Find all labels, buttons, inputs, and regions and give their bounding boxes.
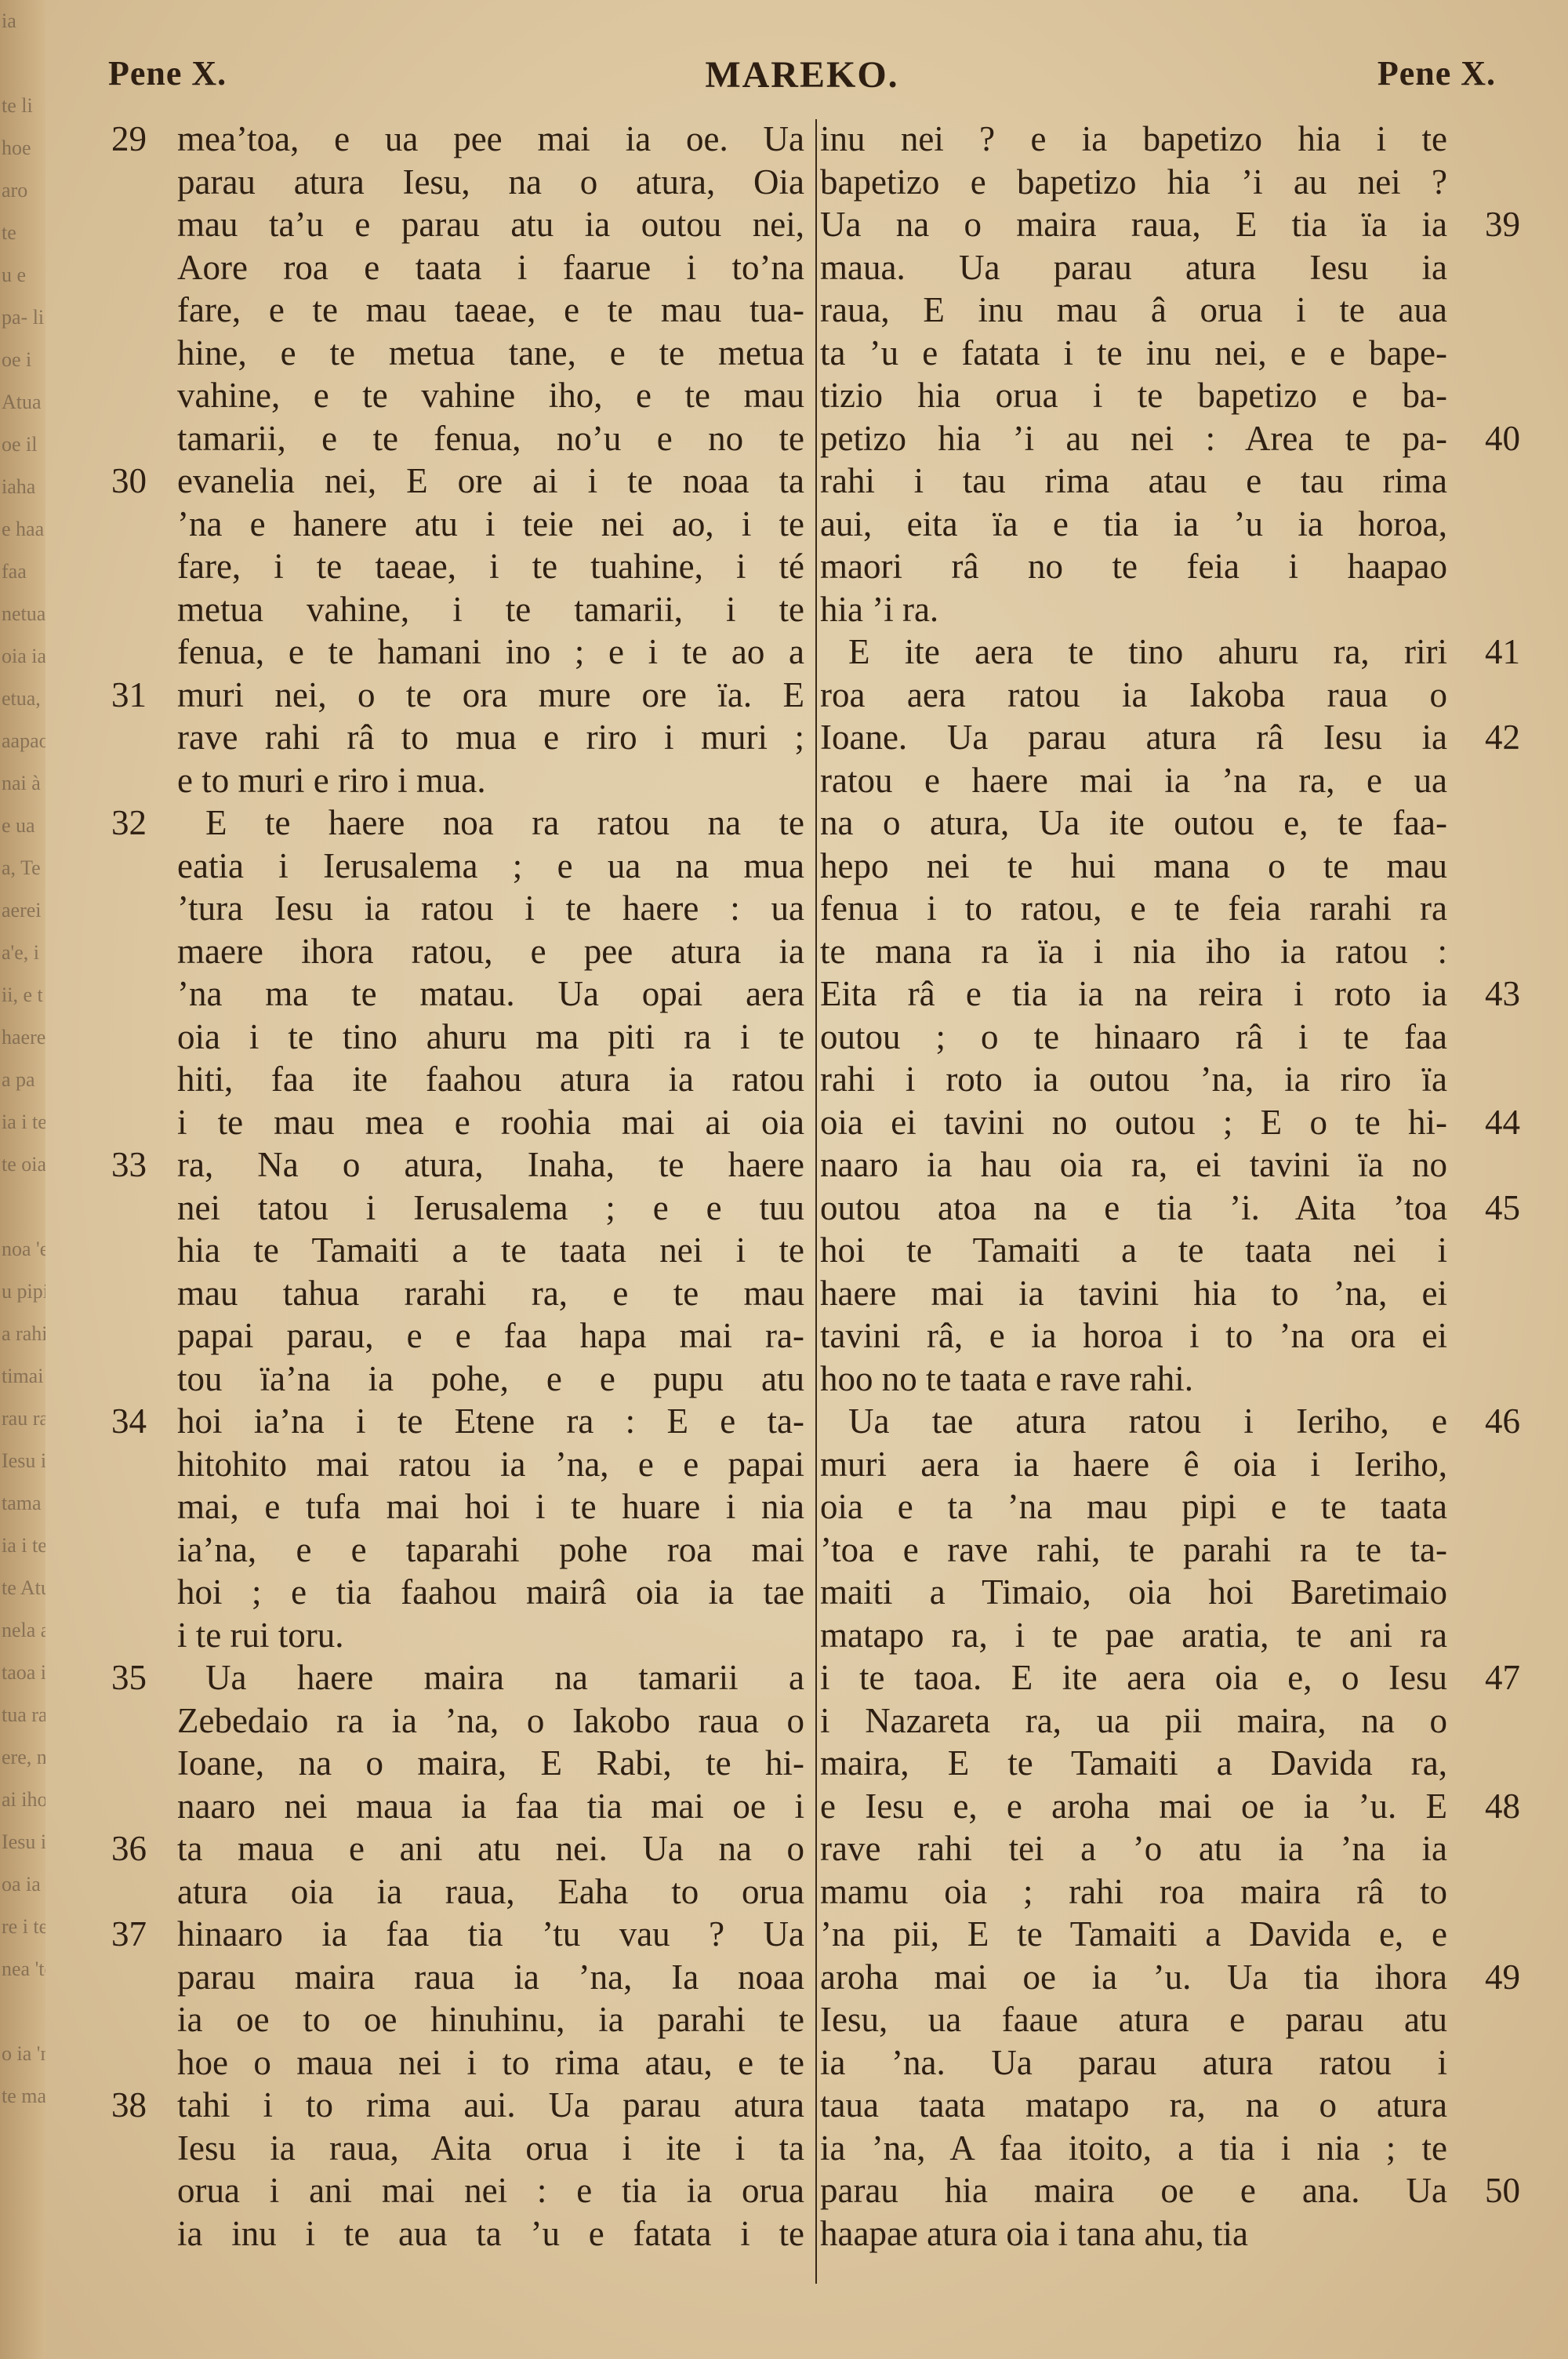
line-text: mau tahua rarahi ra, e te mau <box>177 1274 804 1313</box>
verse-number: 35 <box>111 1656 166 1699</box>
text-line: maiti a Timaio, oia hoi Baretimaio <box>820 1571 1447 1614</box>
line-text: oia ei tavini no outou ; E o te hi- <box>820 1103 1447 1142</box>
gutter-fragment: timai <box>0 1355 45 1398</box>
line-text: ra, Na o atura, Inaha, te haere <box>177 1145 804 1184</box>
text-line: hine, e te metua tane, e te metua <box>177 332 804 375</box>
line-text: ’toa e rave rahi, te parahi ra te ta- <box>820 1530 1447 1569</box>
gutter-fragment: u pipi <box>0 1270 45 1313</box>
line-text: naaro ia hau oia ra, ei tavini ïa no <box>820 1145 1447 1184</box>
verse-number: 33 <box>111 1143 166 1187</box>
text-line: rahi i tau rima atau e tau rima <box>820 460 1447 503</box>
line-text: haapae atura oia i tana ahu, tia <box>820 2214 1248 2253</box>
text-line: maori râ no te feia i haapao <box>820 545 1447 588</box>
line-text: ’na e hanere atu i teie nei ao, i te <box>177 504 804 543</box>
line-text: parau hia maira oe e ana. Ua <box>820 2171 1447 2210</box>
text-line: Iesu ia raua, Aita orua i ite i ta <box>177 2127 804 2170</box>
gutter-fragment: te Atu <box>0 1567 45 1609</box>
text-line: aui, eita ïa e tia ia ’u ia horoa, <box>820 503 1447 546</box>
line-text: atura oia ia raua, Eaha to orua <box>177 1872 804 1911</box>
text-line: te mana ra ïa i nia iho ia ratou : <box>820 930 1447 973</box>
book-title: MAREKO. <box>108 53 1496 96</box>
text-line: hitohito mai ratou ia ’na, e e papai <box>177 1443 804 1486</box>
gutter-fragment: te ma <box>0 2075 45 2117</box>
text-line: orua i ani mai nei : e tia ia orua <box>177 2169 804 2212</box>
line-text: ia inu i te aua ta ’u e fatata i te <box>177 2214 804 2253</box>
gutter-fragment: re i te <box>0 1906 45 1948</box>
gutter-fragment: rau ra <box>0 1398 45 1440</box>
text-line: parau hia maira oe e ana. Ua50 <box>820 2169 1447 2212</box>
line-text: hoe o maua nei i to rima atau, e te <box>177 2043 804 2082</box>
line-text: fenua i to ratou, e te feia rarahi ra <box>820 889 1447 928</box>
text-line: outou ; o te hinaaro râ i te faa <box>820 1016 1447 1059</box>
text-line: i te mau mea e roohia mai ai oia <box>177 1101 804 1144</box>
line-text: ia ’na, A faa itoito, a tia i nia ; te <box>820 2128 1447 2168</box>
gutter-fragment: ia <box>0 0 45 42</box>
text-line: fare, e te mau taeae, e te mau tua- <box>177 289 804 332</box>
line-text: e to muri e riro i mua. <box>177 761 486 800</box>
book-page: ia te lihoearoteu epa- lioe iAtuaoe ilia… <box>0 0 1568 2359</box>
text-line: hia te Tamaiti a te taata nei i te <box>177 1229 804 1272</box>
line-text: rave rahi râ to mua e riro i muri ; <box>177 718 804 757</box>
text-line: oia ei tavini no outou ; E o te hi-44 <box>820 1101 1447 1144</box>
line-text: i te rui toru. <box>177 1616 343 1655</box>
verse-number: 31 <box>111 674 166 717</box>
text-line: hia ’i ra. <box>820 588 1447 631</box>
line-text: maua. Ua parau atura Iesu ia <box>820 248 1447 287</box>
text-line: hoi ia’na i te Etene ra : E e ta-34 <box>177 1400 804 1443</box>
line-text: ia ’na. Ua parau atura ratou i <box>820 2043 1447 2082</box>
text-line: Ua haere maira na tamarii a35 <box>177 1656 804 1699</box>
text-line: roa aera ratou ia Iakoba raua o <box>820 674 1447 717</box>
verse-number: 37 <box>111 1913 166 1956</box>
gutter-fragment: tua ra <box>0 1694 45 1736</box>
right-column: inu nei ? e ia bapetizo hia i tebapetizo… <box>820 118 1447 2255</box>
line-text: ’tura Iesu ia ratou i te haere : ua <box>177 889 804 928</box>
line-text: naaro nei maua ia faa tia mai oe i <box>177 1787 804 1826</box>
gutter-fragment: oia ia <box>0 635 45 678</box>
gutter-fragment <box>0 42 45 85</box>
gutter-fragment: aapao <box>0 720 45 762</box>
line-text: hia te Tamaiti a te taata nei i te <box>177 1230 804 1270</box>
text-line: hoi ; e tia faahou mairâ oia ia tae <box>177 1571 804 1614</box>
line-text: orua i ani mai nei : e tia ia orua <box>177 2171 804 2210</box>
line-text: oia i te tino ahuru ma piti ra i te <box>177 1017 804 1056</box>
gutter-fragment: a'e, i <box>0 932 45 974</box>
text-line: ta maua e ani atu nei. Ua na o36 <box>177 1827 804 1870</box>
text-line: tavini râ, e ia horoa i to ’na ora ei <box>820 1314 1447 1358</box>
line-text: e Iesu e, e aroha mai oe ia ’u. E <box>820 1787 1447 1826</box>
text-line: tamarii, e te fenua, no’u e no te <box>177 417 804 460</box>
text-line: na o atura, Ua ite outou e, te faa- <box>820 801 1447 845</box>
line-text: hoi te Tamaiti a te taata nei i <box>820 1230 1447 1270</box>
text-line: Aore roa e taata i faarue i to’na <box>177 246 804 289</box>
gutter-fragment: faa <box>0 551 45 593</box>
verse-number: 32 <box>111 801 166 845</box>
gutter-fragment: ia i te <box>0 1525 45 1567</box>
text-line: oia e ta ’na mau pipi e te taata <box>820 1485 1447 1528</box>
line-text: E ite aera te tino ahuru ra, riri <box>848 632 1447 671</box>
verse-number: 45 <box>1485 1187 1540 1230</box>
chapter-label-right: Pene X. <box>1377 53 1496 93</box>
gutter-fragment: a rahi <box>0 1313 45 1355</box>
gutter-fragment: haere <box>0 1016 45 1059</box>
text-line: tahi i to rima aui. Ua parau atura38 <box>177 2084 804 2127</box>
verse-number: 43 <box>1485 972 1540 1016</box>
text-line: ia ’na, A faa itoito, a tia i nia ; te <box>820 2127 1447 2170</box>
text-line: ia ’na. Ua parau atura ratou i <box>820 2041 1447 2085</box>
verse-number: 36 <box>111 1827 166 1870</box>
text-line: vahine, e te vahine iho, e te mau <box>177 374 804 417</box>
text-line: maere ihora ratou, e pee atura ia <box>177 930 804 973</box>
left-column: mea’toa, e ua pee mai ia oe. Ua29parau a… <box>177 118 804 2255</box>
gutter-fragment: oe i <box>0 339 45 381</box>
text-line: papai parau, e e faa hapa mai ra- <box>177 1314 804 1358</box>
text-line: naaro nei maua ia faa tia mai oe i <box>177 1785 804 1828</box>
running-head: Pene X. MAREKO. Pene X. <box>108 53 1496 100</box>
line-text: hoi ; e tia faahou mairâ oia ia tae <box>177 1572 804 1612</box>
line-text: matapo ra, i te pae aratia, te ani ra <box>820 1616 1447 1655</box>
verse-number: 34 <box>111 1400 166 1443</box>
text-line: E ite aera te tino ahuru ra, riri41 <box>820 631 1447 674</box>
gutter-fragment: u e <box>0 254 45 296</box>
text-line: rave rahi tei a ’o atu ia ’na ia <box>820 1827 1447 1870</box>
line-text: ratou e haere mai ia ’na ra, e ua <box>820 761 1447 800</box>
line-text: taua taata matapo ra, na o atura <box>820 2085 1447 2125</box>
text-line: mamu oia ; rahi roa maira râ to <box>820 1870 1447 1914</box>
text-line: hepo nei te hui mana o te mau <box>820 845 1447 888</box>
text-line: ta ’u e fatata i te inu nei, e e bape- <box>820 332 1447 375</box>
verse-number: 50 <box>1485 2169 1540 2212</box>
line-text: oia e ta ’na mau pipi e te taata <box>820 1487 1447 1526</box>
line-text: na o atura, Ua ite outou e, te faa- <box>820 803 1447 842</box>
text-line: mau ta’u e parau atu ia outou nei, <box>177 203 804 246</box>
text-line: Ioane. Ua parau atura râ Iesu ia42 <box>820 716 1447 759</box>
text-line: ra, Na o atura, Inaha, te haere33 <box>177 1143 804 1187</box>
verse-number: 47 <box>1485 1656 1540 1699</box>
line-text: muri nei, o te ora mure ore ïa. E <box>177 675 804 714</box>
verse-number: 42 <box>1485 716 1540 759</box>
gutter-fragment: te li <box>0 85 45 127</box>
text-line: Eita râ e tia ia na reira i roto ia43 <box>820 972 1447 1016</box>
text-line: Ua na o maira raua, E tia ïa ia39 <box>820 203 1447 246</box>
gutter-fragment: netua <box>0 593 45 635</box>
line-text: rahi i tau rima atau e tau rima <box>820 461 1447 500</box>
text-line: evanelia nei, E ore ai i te noaa ta30 <box>177 460 804 503</box>
line-text: Iesu ia raua, Aita orua i ite i ta <box>177 2128 804 2168</box>
line-text: roa aera ratou ia Iakoba raua o <box>820 675 1447 714</box>
line-text: vahine, e te vahine iho, e te mau <box>177 376 804 415</box>
text-line: atura oia ia raua, Eaha to orua <box>177 1870 804 1914</box>
line-text: papai parau, e e faa hapa mai ra- <box>177 1316 804 1355</box>
gutter-fragment: nea 'to <box>0 1948 45 1990</box>
line-text: Ua na o maira raua, E tia ïa ia <box>820 205 1447 244</box>
line-text: inu nei ? e ia bapetizo hia i te <box>820 119 1447 158</box>
line-text: hia ’i ra. <box>820 590 938 629</box>
verse-number: 49 <box>1485 1956 1540 1999</box>
gutter-fragment: etua, <box>0 678 45 720</box>
text-line: eatia i Ierusalema ; e ua na mua <box>177 845 804 888</box>
line-text: outou atoa na e tia ’i. Aita ’toa <box>820 1188 1447 1227</box>
text-line: hinaaro ia faa tia ’tu vau ? Ua37 <box>177 1913 804 1956</box>
line-text: petizo hia ’i au nei : Area te pa- <box>820 419 1447 458</box>
text-line: naaro ia hau oia ra, ei tavini ïa no <box>820 1143 1447 1187</box>
line-text: Ioane. Ua parau atura râ Iesu ia <box>820 718 1447 757</box>
line-text: hitohito mai ratou ia ’na, e e papai <box>177 1445 804 1484</box>
gutter-fragment: taoa i <box>0 1652 45 1694</box>
gutter-fragment: ere, na <box>0 1736 45 1779</box>
gutter-fragment: ia i te <box>0 1101 45 1143</box>
previous-page-gutter: ia te lihoearoteu epa- lioe iAtuaoe ilia… <box>0 0 45 2359</box>
gutter-fragment: e ua <box>0 805 45 847</box>
line-text: haere mai ia tavini hia to ’na, ei <box>820 1274 1447 1313</box>
text-line: nei tatou i Ierusalema ; e e tuu <box>177 1187 804 1230</box>
line-text: maiti a Timaio, oia hoi Baretimaio <box>820 1572 1447 1612</box>
text-line: Ioane, na o maira, E Rabi, te hi- <box>177 1742 804 1785</box>
line-text: maira, E te Tamaiti a Davida ra, <box>820 1743 1447 1783</box>
gutter-fragment: a, Te <box>0 847 45 889</box>
line-text: aroha mai oe ia ’u. Ua tia ihora <box>820 1957 1447 1997</box>
line-text: fare, i te taeae, i te tuahine, i té <box>177 547 804 586</box>
verse-number: 46 <box>1485 1400 1540 1443</box>
line-text: i te taoa. E ite aera oia e, o Iesu <box>820 1658 1447 1697</box>
verse-number: 44 <box>1485 1101 1540 1144</box>
line-text: mamu oia ; rahi roa maira râ to <box>820 1872 1447 1911</box>
gutter-fragment: noa 'e <box>0 1228 45 1270</box>
line-text: outou ; o te hinaaro râ i te faa <box>820 1017 1447 1056</box>
gutter-fragment: pa- li <box>0 296 45 339</box>
text-line: fare, i te taeae, i te tuahine, i té <box>177 545 804 588</box>
verse-number: 48 <box>1485 1785 1540 1828</box>
verse-number: 40 <box>1485 417 1540 460</box>
column-divider <box>815 119 817 2284</box>
gutter-fragment: nai à <box>0 762 45 805</box>
line-text: tavini râ, e ia horoa i to ’na ora ei <box>820 1316 1447 1355</box>
line-text: metua vahine, i te tamarii, i te <box>177 590 804 629</box>
text-line: inu nei ? e ia bapetizo hia i te <box>820 118 1447 161</box>
line-text: nei tatou i Ierusalema ; e e tuu <box>177 1188 804 1227</box>
line-text: parau atura Iesu, na o atura, Oia <box>177 162 804 202</box>
line-text: evanelia nei, E ore ai i te noaa ta <box>177 461 804 500</box>
line-text: ’na ma te matau. Ua opai aera <box>177 974 804 1013</box>
verse-number: 38 <box>111 2084 166 2127</box>
line-text: Aore roa e taata i faarue i to’na <box>177 248 804 287</box>
text-line: mau tahua rarahi ra, e te mau <box>177 1272 804 1315</box>
text-line: ia oe to oe hinuhinu, ia parahi te <box>177 1998 804 2041</box>
line-text: mea’toa, e ua pee mai ia oe. Ua <box>177 119 804 158</box>
gutter-fragment: e haa <box>0 508 45 551</box>
text-line: metua vahine, i te tamarii, i te <box>177 588 804 631</box>
gutter-fragment: aro <box>0 169 45 212</box>
line-text: i te mau mea e roohia mai ai oia <box>177 1103 804 1142</box>
gutter-fragment: Iesu i <box>0 1440 45 1482</box>
gutter-fragment: oa ia e <box>0 1863 45 1906</box>
text-line: mai, e tufa mai hoi i te huare i nia <box>177 1485 804 1528</box>
line-text: eatia i Ierusalema ; e ua na mua <box>177 846 804 885</box>
text-line: i te rui toru. <box>177 1614 804 1657</box>
line-text: aui, eita ïa e tia ia ’u ia horoa, <box>820 504 1447 543</box>
line-text: Zebedaio ra ia ’na, o Iakobo raua o <box>177 1701 804 1740</box>
gutter-fragment: ii, e t <box>0 974 45 1016</box>
text-line: matapo ra, i te pae aratia, te ani ra <box>820 1614 1447 1657</box>
line-text: ia’na, e e taparahi pohe roa mai <box>177 1530 804 1569</box>
line-text: tizio hia orua i te bapetizo e ba- <box>820 376 1447 415</box>
text-line: aroha mai oe ia ’u. Ua tia ihora49 <box>820 1956 1447 1999</box>
verse-number: 39 <box>1485 203 1540 246</box>
line-text: rave rahi tei a ’o atu ia ’na ia <box>820 1829 1447 1868</box>
gutter-fragment: iaha <box>0 466 45 508</box>
gutter-fragment: ai ihor <box>0 1779 45 1821</box>
text-line: hiti, faa ite faahou atura ia ratou <box>177 1058 804 1101</box>
line-text: mau ta’u e parau atu ia outou nei, <box>177 205 804 244</box>
line-text: raua, E inu mau â orua i te aua <box>820 290 1447 329</box>
text-line: e to muri e riro i mua. <box>177 759 804 802</box>
line-text: Iesu, ua faaue atura e parau atu <box>820 2000 1447 2039</box>
gutter-fragment: hoe <box>0 127 45 169</box>
line-text: ta maua e ani atu nei. Ua na o <box>177 1829 804 1868</box>
line-text: bapetizo e bapetizo hia ’i au nei ? <box>820 162 1447 202</box>
line-text: Ua haere maira na tamarii a <box>205 1658 804 1697</box>
text-line: bapetizo e bapetizo hia ’i au nei ? <box>820 161 1447 204</box>
gutter-fragment: Atua <box>0 381 45 423</box>
text-line: E te haere noa ra ratou na te32 <box>177 801 804 845</box>
gutter-fragment: aerei <box>0 889 45 932</box>
text-line: haapae atura oia i tana ahu, tia <box>820 2212 1447 2255</box>
line-text: ta ’u e fatata i te inu nei, e e bape- <box>820 333 1447 373</box>
line-text: ia oe to oe hinuhinu, ia parahi te <box>177 2000 804 2039</box>
line-text: tamarii, e te fenua, no’u e no te <box>177 419 804 458</box>
line-text: te mana ra ïa i nia iho ia ratou : <box>820 932 1447 971</box>
line-text: i Nazareta ra, ua pii maira, na o <box>820 1701 1447 1740</box>
line-text: parau maira raua ia ’na, Ia noaa <box>177 1957 804 1997</box>
line-text: ’na pii, E te Tamaiti a Davida e, e <box>820 1914 1447 1954</box>
text-line: Iesu, ua faaue atura e parau atu <box>820 1998 1447 2041</box>
text-line: haere mai ia tavini hia to ’na, ei <box>820 1272 1447 1315</box>
line-text: tahi i to rima aui. Ua parau atura <box>177 2085 804 2125</box>
line-text: Eita râ e tia ia na reira i roto ia <box>820 974 1447 1013</box>
text-line: hoe o maua nei i to rima atau, e te <box>177 2041 804 2085</box>
text-line: mea’toa, e ua pee mai ia oe. Ua29 <box>177 118 804 161</box>
text-line: ratou e haere mai ia ’na ra, e ua <box>820 759 1447 802</box>
verse-number: 30 <box>111 460 166 503</box>
line-text: hoi ia’na i te Etene ra : E e ta- <box>177 1401 804 1441</box>
verse-number: 41 <box>1485 631 1540 674</box>
line-text: Ioane, na o maira, E Rabi, te hi- <box>177 1743 804 1783</box>
text-line: parau maira raua ia ’na, Ia noaa <box>177 1956 804 1999</box>
line-text: fare, e te mau taeae, e te mau tua- <box>177 290 804 329</box>
gutter-fragment: a pa <box>0 1059 45 1101</box>
text-line: ’toa e rave rahi, te parahi ra te ta- <box>820 1528 1447 1572</box>
gutter-fragment: oe il <box>0 423 45 466</box>
text-line: fenua i to ratou, e te feia rarahi ra <box>820 887 1447 930</box>
text-line: raua, E inu mau â orua i te aua <box>820 289 1447 332</box>
text-line: Zebedaio ra ia ’na, o Iakobo raua o <box>177 1699 804 1743</box>
line-text: E te haere noa ra ratou na te <box>205 803 804 842</box>
line-text: fenua, e te hamani ino ; e i te ao a <box>177 632 804 671</box>
line-text: hoo no te taata e rave rahi. <box>820 1359 1193 1398</box>
text-line: ia inu i te aua ta ’u e fatata i te <box>177 2212 804 2255</box>
text-line: outou atoa na e tia ’i. Aita ’toa45 <box>820 1187 1447 1230</box>
text-line: petizo hia ’i au nei : Area te pa-40 <box>820 417 1447 460</box>
gutter-fragment: tama <box>0 1482 45 1525</box>
line-text: hine, e te metua tane, e te metua <box>177 333 804 373</box>
text-line: muri nei, o te ora mure ore ïa. E31 <box>177 674 804 717</box>
line-text: tou ïa’na ia pohe, e e pupu atu <box>177 1359 804 1398</box>
line-text: hepo nei te hui mana o te mau <box>820 846 1447 885</box>
text-line: taua taata matapo ra, na o atura <box>820 2084 1447 2127</box>
line-text: maori râ no te feia i haapao <box>820 547 1447 586</box>
text-line: e Iesu e, e aroha mai oe ia ’u. E48 <box>820 1785 1447 1828</box>
line-text: Ua tae atura ratou i Ieriho, e <box>848 1401 1447 1441</box>
text-line: Ua tae atura ratou i Ieriho, e46 <box>820 1400 1447 1443</box>
text-line: maira, E te Tamaiti a Davida ra, <box>820 1742 1447 1785</box>
line-text: maere ihora ratou, e pee atura ia <box>177 932 804 971</box>
text-line: oia i te tino ahuru ma piti ra i te <box>177 1016 804 1059</box>
text-line: tou ïa’na ia pohe, e e pupu atu <box>177 1358 804 1401</box>
text-line: fenua, e te hamani ino ; e i te ao a <box>177 631 804 674</box>
line-text: hiti, faa ite faahou atura ia ratou <box>177 1060 804 1099</box>
text-line: ’na ma te matau. Ua opai aera <box>177 972 804 1016</box>
gutter-fragment: Iesu i <box>0 1821 45 1863</box>
line-text: muri aera ia haere ê oia i Ieriho, <box>820 1445 1447 1484</box>
text-line: maua. Ua parau atura Iesu ia <box>820 246 1447 289</box>
text-line: i te taoa. E ite aera oia e, o Iesu47 <box>820 1656 1447 1699</box>
text-line: rave rahi râ to mua e riro i muri ; <box>177 716 804 759</box>
text-line: ia’na, e e taparahi pohe roa mai <box>177 1528 804 1572</box>
gutter-fragment: te oia, <box>0 1143 45 1186</box>
text-line: i Nazareta ra, ua pii maira, na o <box>820 1699 1447 1743</box>
text-line: tizio hia orua i te bapetizo e ba- <box>820 374 1447 417</box>
verse-number: 29 <box>111 118 166 161</box>
text-line: muri aera ia haere ê oia i Ieriho, <box>820 1443 1447 1486</box>
text-line: rahi i roto ia outou ’na, ia riro ïa <box>820 1058 1447 1101</box>
gutter-fragment <box>0 1990 45 2033</box>
text-line: hoi te Tamaiti a te taata nei i <box>820 1229 1447 1272</box>
text-line: ’na pii, E te Tamaiti a Davida e, e <box>820 1913 1447 1956</box>
gutter-fragment: te <box>0 212 45 254</box>
line-text: mai, e tufa mai hoi i te huare i nia <box>177 1487 804 1526</box>
gutter-fragment: o ia 'na <box>0 2033 45 2075</box>
line-text: hinaaro ia faa tia ’tu vau ? Ua <box>177 1914 804 1954</box>
text-line: parau atura Iesu, na o atura, Oia <box>177 161 804 204</box>
text-line: hoo no te taata e rave rahi. <box>820 1358 1447 1401</box>
gutter-fragment: nela a <box>0 1609 45 1652</box>
gutter-fragment <box>0 1186 45 1228</box>
text-line: ’tura Iesu ia ratou i te haere : ua <box>177 887 804 930</box>
line-text: rahi i roto ia outou ’na, ia riro ïa <box>820 1060 1447 1099</box>
text-line: ’na e hanere atu i teie nei ao, i te <box>177 503 804 546</box>
